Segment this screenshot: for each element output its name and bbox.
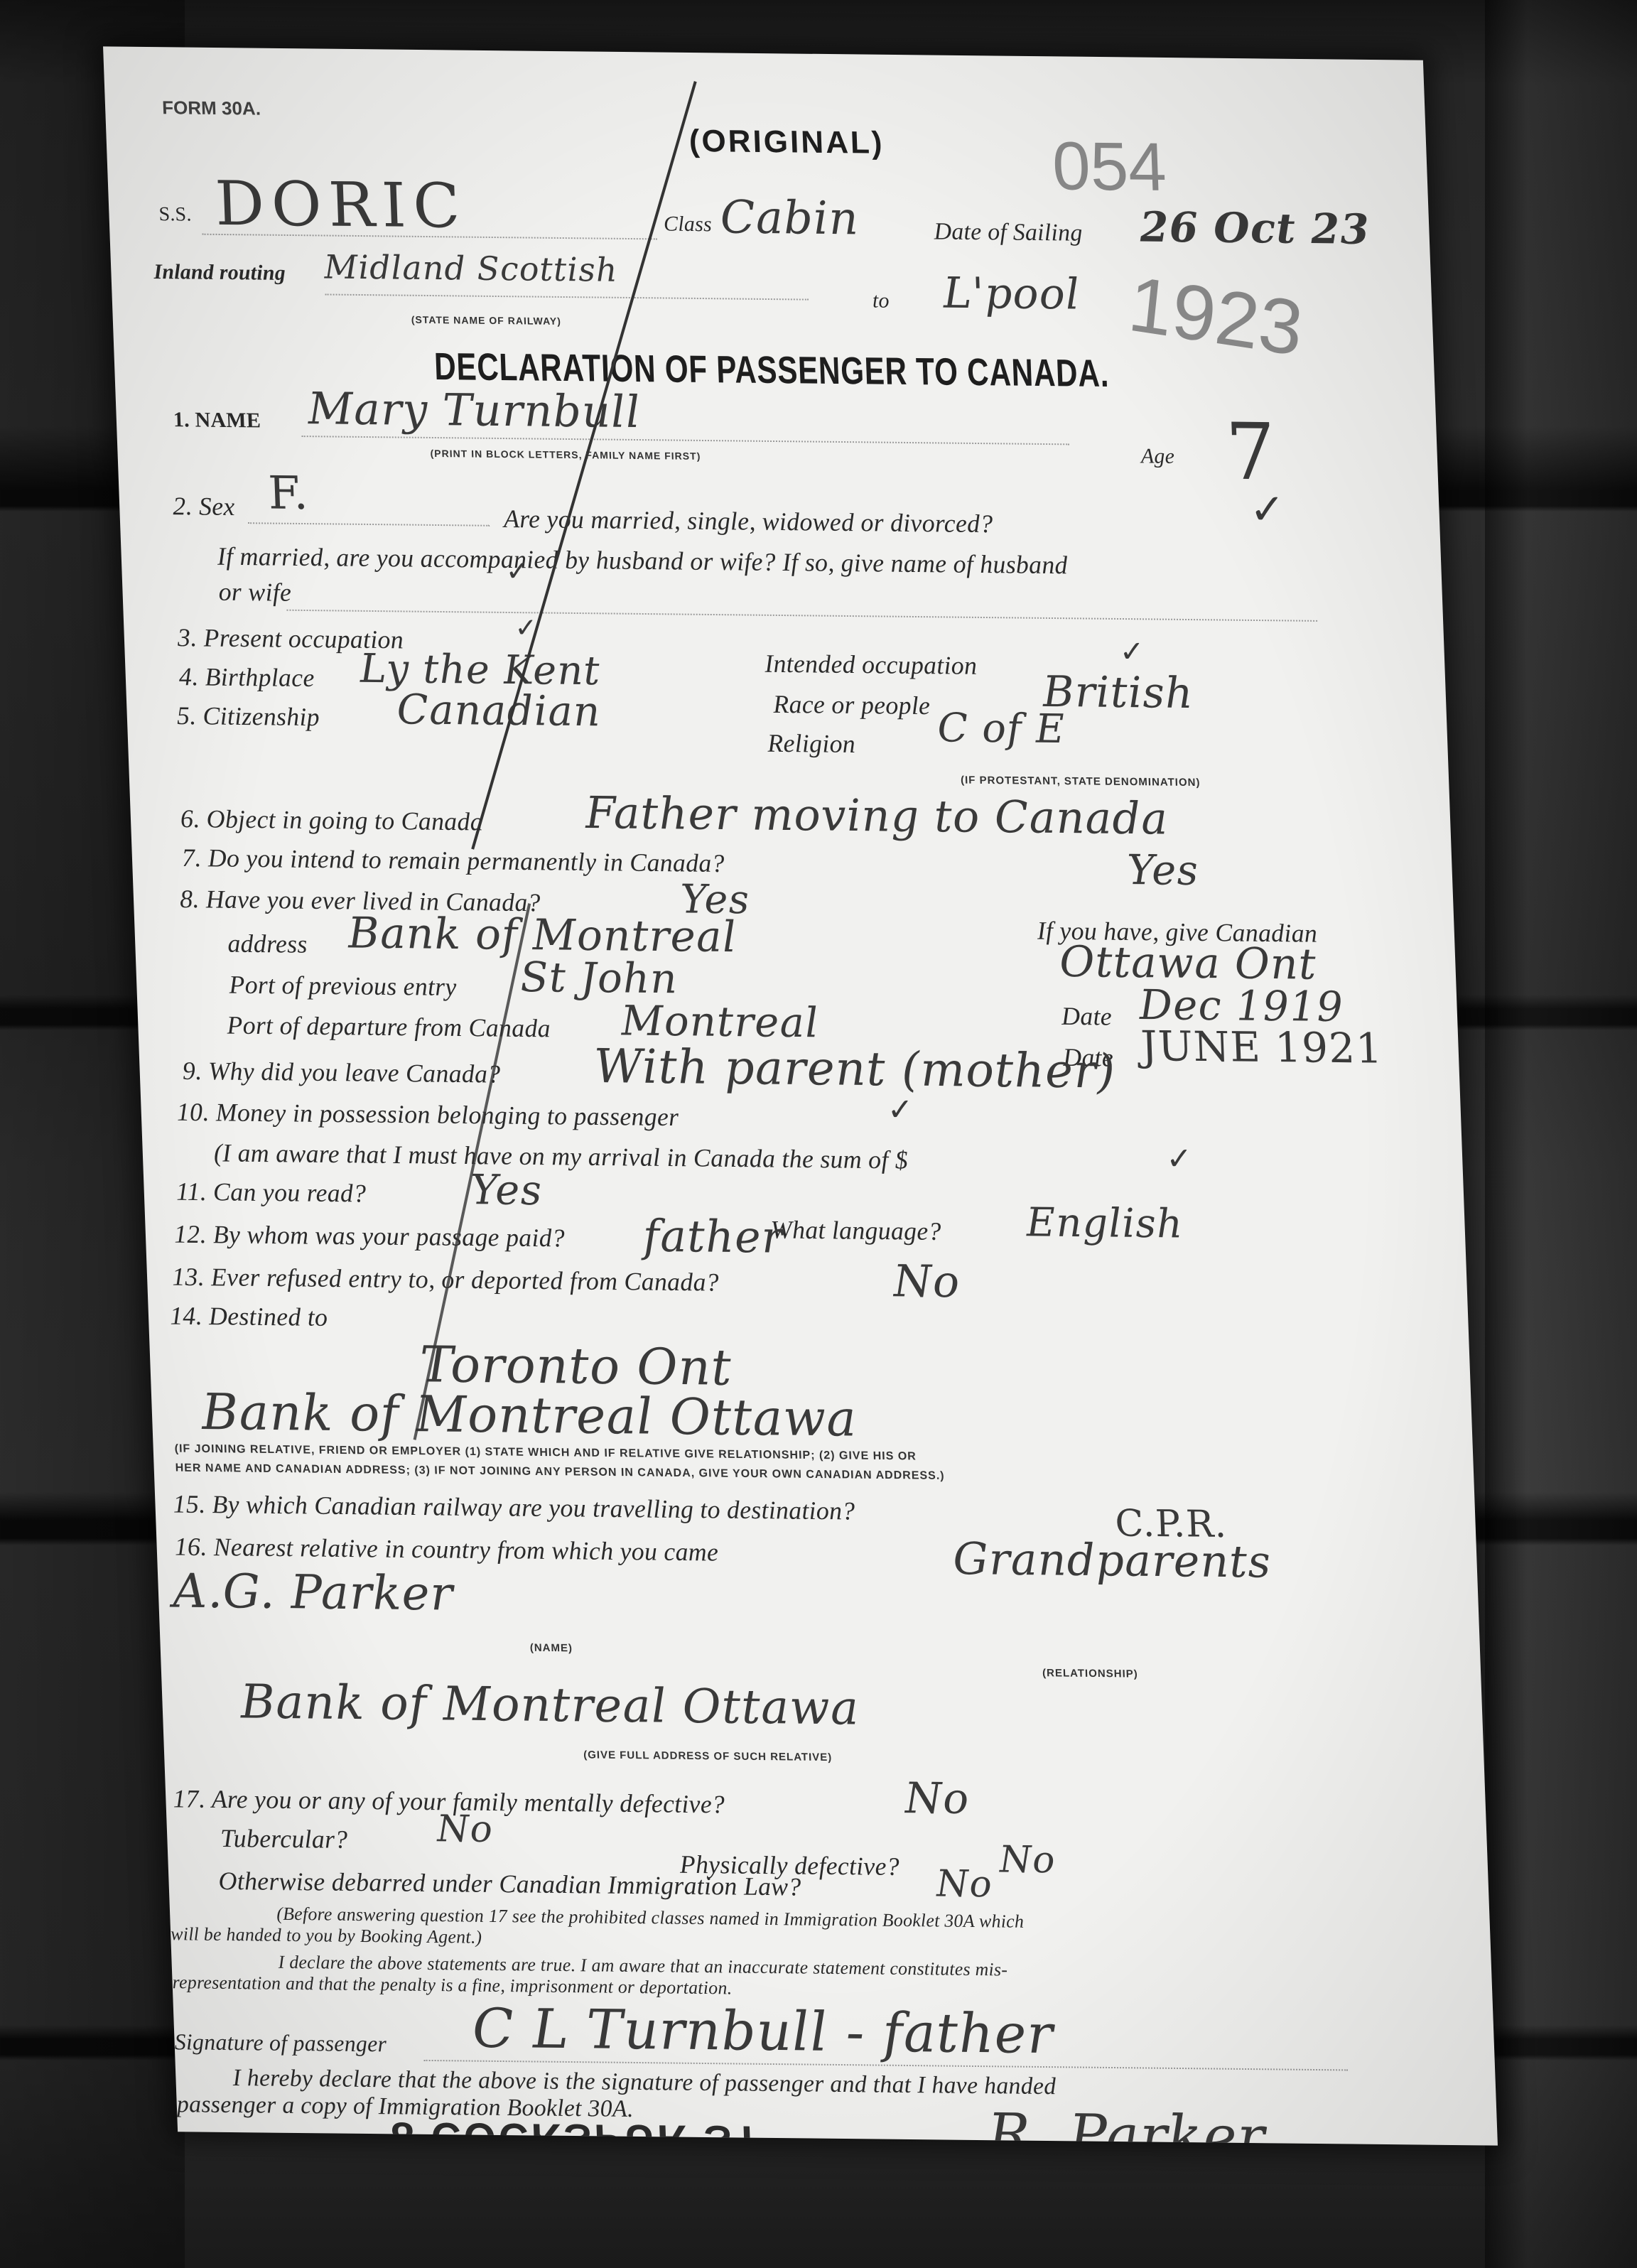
religion-caption: (IF PROTESTANT, STATE DENOMINATION) xyxy=(961,774,1201,789)
inland-label: Inland routing xyxy=(153,260,286,286)
language-value: English xyxy=(1025,1199,1184,1247)
q14-value-2: Bank of Montreal Ottawa xyxy=(200,1383,858,1448)
form-number: FORM 30A. xyxy=(162,97,261,119)
q17-value: No xyxy=(904,1773,970,1824)
language-label: What language? xyxy=(770,1214,941,1246)
q9-label: 9. Why did you leave Canada? xyxy=(182,1056,501,1089)
q7-label: 7. Do you intend to remain permanently i… xyxy=(181,843,725,878)
q16-relationship-caption: (RELATIONSHIP) xyxy=(1042,1667,1138,1680)
religion-label: Religion xyxy=(767,728,855,759)
passenger-signature: C L Turnbull - father xyxy=(471,1997,1054,2066)
q10-label: 10. Money in possession belonging to pas… xyxy=(176,1097,679,1132)
class-label: Class xyxy=(663,212,712,237)
q14-caption-2: HER NAME AND CANADIAN ADDRESS; (3) IF NO… xyxy=(175,1462,945,1483)
tubercular-value: No xyxy=(436,1808,494,1851)
film-edge-right xyxy=(1485,0,1637,2268)
q2-value: F. xyxy=(267,468,309,521)
race-label: Race or people xyxy=(772,689,930,720)
q4-label: 4. Birthplace xyxy=(178,661,315,693)
q1-caption: (PRINT IN BLOCK LETTERS, FAMILY NAME FIR… xyxy=(430,448,701,462)
q16-relationship-value: Grandparents xyxy=(952,1533,1272,1588)
q2-label: 2. Sex xyxy=(172,491,235,522)
ship-name: DORIC xyxy=(214,168,468,242)
q16-address-value: Bank of Montreal Ottawa xyxy=(239,1674,860,1735)
q16-address-caption: (GIVE FULL ADDRESS OF SUCH RELATIVE) xyxy=(583,1749,833,1764)
signature-label: Signature of passenger xyxy=(174,2029,387,2057)
q5-value: Canadian xyxy=(396,685,601,735)
q2-line xyxy=(248,522,490,526)
q1-line xyxy=(302,436,1070,445)
q16-name-value: A.G. Parker xyxy=(172,1563,455,1621)
marital-question: Are you married, single, widowed or divo… xyxy=(503,504,993,539)
q10-note: (I am aware that I must have on my arriv… xyxy=(213,1138,909,1174)
q7-value: Yes xyxy=(1126,846,1199,895)
stamp-number: 054 xyxy=(1051,127,1167,207)
q10-value: ✓ xyxy=(887,1091,915,1128)
accompanied-question: If married, are you accompanied by husba… xyxy=(217,541,1068,580)
intended-value: ✓ xyxy=(1119,634,1146,669)
q1-value: Mary Turnbull xyxy=(307,382,642,438)
q16-label: 16. Nearest relative in country from whi… xyxy=(174,1532,719,1567)
q10-note-value: ✓ xyxy=(1165,1140,1194,1177)
ship-prefix: S.S. xyxy=(158,203,192,226)
q6-label: 6. Object in going to Canada xyxy=(180,804,483,836)
q14-label: 14. Destined to xyxy=(169,1301,328,1332)
declaration-card: FORM 30A. (ORIGINAL) 054 S.S. DORIC Clas… xyxy=(103,46,1498,2145)
q16-name-caption: (NAME) xyxy=(529,1642,573,1655)
q11-value: Yes xyxy=(470,1165,543,1214)
q6-value: Father moving to Canada xyxy=(584,787,1169,845)
debarred-value: No xyxy=(936,1863,993,1906)
race-value: British xyxy=(1042,667,1194,718)
q9-value: With parent (mother) xyxy=(593,1039,1117,1099)
stamp-year: 1923 xyxy=(1125,259,1307,374)
accompanied-value: ✓ xyxy=(505,555,531,588)
to-value: L'pool xyxy=(942,269,1081,320)
note-line-2: will be handed to you by Booking Agent.) xyxy=(171,1923,482,1948)
copy-label: (ORIGINAL) xyxy=(688,124,885,161)
q11-label: 11. Can you read? xyxy=(175,1177,367,1209)
tubercular-label: Tubercular? xyxy=(220,1823,348,1854)
sailing-value: 26 Oct 23 xyxy=(1139,203,1371,254)
agent-signature: R. Parker xyxy=(987,2101,1267,2146)
prev-entry-value: St John xyxy=(519,953,679,1003)
q1-label: 1. NAME xyxy=(173,408,261,433)
q12-label: 12. By whom was your passage paid? xyxy=(173,1219,566,1253)
religion-value: C of E xyxy=(936,705,1066,752)
q15-label: 15. By which Canadian railway are you tr… xyxy=(173,1489,855,1526)
inland-line xyxy=(325,293,809,300)
class-value: Cabin xyxy=(719,191,860,245)
prev-entry-label: Port of previous entry xyxy=(229,970,458,1002)
accompanied-question-2: or wife xyxy=(218,577,292,607)
sailing-label: Date of Sailing xyxy=(934,218,1083,247)
debarred-label: Otherwise debarred under Canadian Immigr… xyxy=(218,1866,802,1902)
railway-caption: (STATE NAME OF RAILWAY) xyxy=(411,314,562,327)
dep-date-value: JUNE 1921 xyxy=(1140,1022,1383,1073)
q5-label: 5. Citizenship xyxy=(176,701,320,732)
intended-label: Intended occupation xyxy=(764,649,977,681)
to-label: to xyxy=(872,289,890,313)
marital-value: ✓ xyxy=(1248,485,1287,535)
inland-value: Midland Scottish xyxy=(323,247,618,288)
q13-value: No xyxy=(892,1255,961,1307)
q12-value: father xyxy=(642,1210,784,1263)
prev-date-label: Date xyxy=(1061,1001,1112,1032)
age-label: Age xyxy=(1140,444,1174,468)
accompanied-line xyxy=(286,610,1317,622)
address-label: address xyxy=(227,929,308,959)
physical-value: No xyxy=(998,1838,1056,1881)
